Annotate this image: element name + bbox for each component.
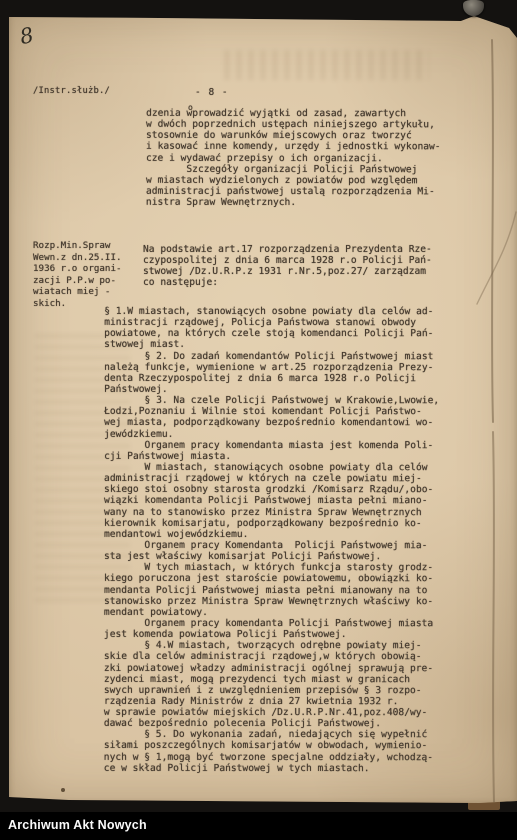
text-line: zydenci miast, mogą prezydenci tych mias… xyxy=(104,673,439,684)
text-line: wej miasta, podporządkowany bezpośrednio… xyxy=(104,417,439,428)
text-line: § 3. Na czele Policji Państwowej w Krako… xyxy=(104,395,439,406)
text-line: wiatach miej - xyxy=(33,286,122,298)
body-paragraphs: § 1.W miastach, stanowiących osobne powi… xyxy=(104,306,439,774)
text-line: Łodzi,Poznaniu i Wilnie stoi komendant P… xyxy=(104,406,439,417)
intro-paragraph: Na podstawie art.17 rozporządzenia Prezy… xyxy=(143,244,432,289)
text-line: powiatowe, na których czele stoją komend… xyxy=(104,328,439,339)
text-line: cji Państwowej miasta. xyxy=(104,451,439,462)
text-line: nych w § 1,mogą być tworzone specjalne o… xyxy=(104,751,439,762)
page-number: - 8 - xyxy=(195,87,229,98)
text-line: ce w skład Policji Państwowej w tych mia… xyxy=(104,763,439,774)
text-line: w sprawie powiatów miejskich /Dz.U.R.P.N… xyxy=(104,707,439,718)
text-line: i kasować inne komendy, urzędy i jednost… xyxy=(146,141,441,153)
text-line: stanowisko przez Ministra Spraw Wewnętrz… xyxy=(104,596,439,607)
text-line: Rozp.Min.Spraw xyxy=(33,240,122,252)
text-line: czypospolitej z dnia 6 marca 1928 r.o Po… xyxy=(143,255,432,266)
text-line: zki powiatowej władzy administracji ogól… xyxy=(104,662,439,673)
ink-bleed-through xyxy=(224,50,429,80)
text-line: § 2. Do zadań komendantów Policji Państw… xyxy=(104,350,439,361)
text-line: Na podstawie art.17 rozporządzenia Prezy… xyxy=(143,244,432,255)
text-line: kiego poruczona jest staroście powiatowe… xyxy=(104,573,439,584)
text-line: swych uprawnień i z uwzględnieniem przep… xyxy=(104,685,439,696)
text-line: W tych miastach, w których funkcja staro… xyxy=(104,562,439,573)
text-line: nistra Spraw Wewnętrznych. xyxy=(146,197,441,209)
text-line: jewódzkiemu. xyxy=(104,428,439,439)
text-line: stwowej miast. xyxy=(104,339,439,350)
text-line: Państwowej. xyxy=(104,384,439,395)
text-line: administracji państwowej ustalą rozporzą… xyxy=(146,186,441,198)
text-line: mendantowi wojewódzkiemu. xyxy=(104,529,439,540)
text-line: co następuje: xyxy=(143,277,432,288)
text-line: denta Rzeczypospolitej z dnia 6 marca 19… xyxy=(104,373,439,384)
text-line: § 1.W miastach, stanowiących osobne powi… xyxy=(104,306,439,317)
text-line: należą funkcje, wymienione w art.25 rozp… xyxy=(104,362,439,373)
text-line: 1936 r.o organi- xyxy=(33,263,122,275)
continuation-paragraph: dzenia wprowadzić wyjątki od zasad, zawa… xyxy=(146,108,441,209)
text-line: mendanta Policji Państwowej miasta pełni… xyxy=(104,584,439,595)
text-line: ministracji rządowej, Policja Państwowa … xyxy=(104,317,439,328)
text-line: Organem pracy Komendanta Policji Państwo… xyxy=(104,540,439,551)
text-line: skie dla celów administracji rządowej,w … xyxy=(104,651,439,662)
ink-speck xyxy=(61,788,65,792)
text-line: § 4.W miastach, tworzących odrębne powia… xyxy=(104,640,439,651)
text-line: cze i wydawać przepisy o ich organizacji… xyxy=(146,152,441,164)
text-line: wiązki komendanta Policji Państwowej mia… xyxy=(104,495,439,506)
text-line: Szczegóły organizacji Policji Państwowej xyxy=(146,163,441,175)
archive-banner-label: Archiwum Akt Nowych xyxy=(8,818,147,832)
text-line: Organem pracy komendanta miasta jest kom… xyxy=(104,440,439,451)
text-line: rządzenia Rady Ministrów z dnia 27 kwiet… xyxy=(104,696,439,707)
text-line: Wewn.z dn.25.II. xyxy=(33,252,122,264)
text-line: kierownik komisarjatu, podporządkowany b… xyxy=(104,518,439,529)
handwritten-page-number: 8 xyxy=(18,23,36,49)
text-line: dawać bezpośrednio polecenia Policji Pań… xyxy=(104,718,439,729)
text-line: zacji P.P.w po- xyxy=(33,275,122,287)
text-line: jest komenda powiatowa Policji Państwowe… xyxy=(104,629,439,640)
text-line: Organem pracy komendanta Policji Państwo… xyxy=(104,618,439,629)
text-line: skiego stoi osobny starosta grodzki /Kom… xyxy=(104,484,439,495)
text-line: siłami poszczególnych komisarjatów w obw… xyxy=(104,740,439,751)
text-line: administracji rządowej w których na czel… xyxy=(104,473,439,484)
page: 8 /Instr.służb./ - 8 - o dzenia wprowadz… xyxy=(9,12,517,804)
text-line: wany na to stanowisko przez Ministra Spr… xyxy=(104,506,439,517)
text-line: dzenia wprowadzić wyjątki od zasad, zawa… xyxy=(146,108,441,120)
binding-fastener xyxy=(463,0,484,16)
text-line: w dwóch poprzednich ustępach niniejszego… xyxy=(146,119,441,131)
text-line: mendant powiatowy. xyxy=(104,607,439,618)
text-line: W miastach, stanowiących osobne powiaty … xyxy=(104,462,439,473)
margin-note: Rozp.Min.SprawWewn.z dn.25.II.1936 r.o o… xyxy=(33,240,122,310)
document-scan: 8 /Instr.służb./ - 8 - o dzenia wprowadz… xyxy=(0,0,517,840)
header-instruction-label: /Instr.służb./ xyxy=(33,86,110,96)
archive-banner: Archiwum Akt Nowych xyxy=(0,812,517,840)
text-line: w miastach wydzielonych z powiatów pod w… xyxy=(146,175,441,187)
text-line: sta jest właściwy komisarjat Policji Pań… xyxy=(104,551,439,562)
text-line: stwowej /Dz.U.R.P.z 1931 r.Nr.5,poz.27/ … xyxy=(143,266,432,277)
